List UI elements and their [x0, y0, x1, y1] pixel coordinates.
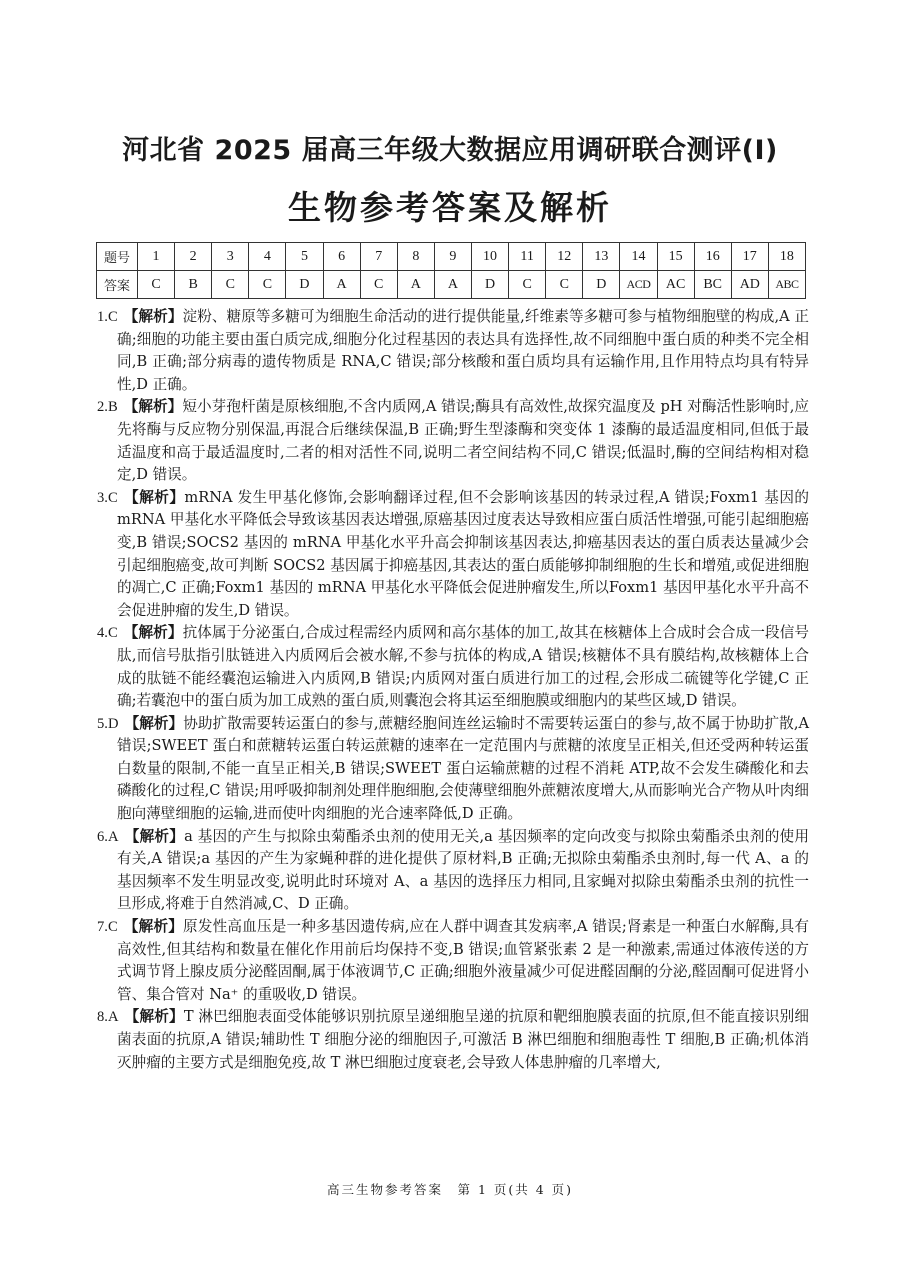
answer-cell: D [583, 271, 620, 299]
answer-cell: C [138, 271, 175, 299]
item-text: T 淋巴细胞表面受体能够识别抗原呈递细胞呈递的抗原和靶细胞膜表面的抗原,但不能直… [117, 1008, 809, 1070]
explanation-item: 5.D【解析】协助扩散需要转运蛋白的参与,蔗糖经胞间连丝运输时不需要转运蛋白的参… [97, 713, 809, 826]
question-number: 8 [397, 243, 434, 271]
item-number: 4.C [97, 625, 118, 641]
explanation-item: 4.C【解析】抗体属于分泌蛋白,合成过程需经内质网和高尔基体的加工,故其在核糖体… [97, 622, 809, 712]
item-number: 6.A [97, 829, 119, 845]
analysis-tag: 【解析】 [124, 918, 183, 935]
analysis-tag: 【解析】 [124, 398, 183, 415]
analysis-tag: 【解析】 [124, 489, 185, 506]
analysis-tag: 【解析】 [125, 828, 185, 845]
answer-row: 答案 C B C C D A C A A D C C D ACD AC BC A… [97, 271, 806, 299]
item-text: 短小芽孢杆菌是原核细胞,不含内质网,A 错误;酶具有高效性,故探究温度及 pH … [117, 398, 809, 483]
item-number: 1.C [97, 309, 118, 325]
question-number: 5 [286, 243, 323, 271]
question-number: 2 [175, 243, 212, 271]
item-number: 7.C [97, 919, 118, 935]
answer-cell: AC [657, 271, 694, 299]
explanation-item: 6.A【解析】a 基因的产生与拟除虫菊酯杀虫剂的使用无关,a 基因频率的定向改变… [97, 826, 809, 916]
explanations: 1.C【解析】淀粉、糖原等多糖可为细胞生命活动的进行提供能量,纤维素等多糖可参与… [97, 306, 809, 1074]
answer-cell: ACD [620, 271, 657, 299]
question-number: 3 [212, 243, 249, 271]
question-number: 16 [694, 243, 731, 271]
question-number: 13 [583, 243, 620, 271]
explanation-item: 3.C【解析】mRNA 发生甲基化修饰,会影响翻译过程,但不会影响该基因的转录过… [97, 487, 809, 623]
explanation-item: 8.A【解析】T 淋巴细胞表面受体能够识别抗原呈递细胞呈递的抗原和靶细胞膜表面的… [97, 1006, 809, 1074]
answer-cell: C [212, 271, 249, 299]
page-footer: 高三生物参考答案 第 1 页(共 4 页) [0, 1180, 900, 1198]
answer-cell: C [249, 271, 286, 299]
question-number: 14 [620, 243, 657, 271]
question-number: 1 [138, 243, 175, 271]
row-label-question: 题号 [97, 243, 138, 271]
analysis-tag: 【解析】 [124, 308, 183, 325]
analysis-tag: 【解析】 [124, 624, 183, 641]
answer-cell: D [286, 271, 323, 299]
item-number: 8.A [97, 1009, 119, 1025]
document-subtitle: 生物参考答案及解析 [0, 182, 900, 229]
question-number: 17 [731, 243, 768, 271]
answer-cell: C [360, 271, 397, 299]
answer-cell: A [323, 271, 360, 299]
explanation-item: 1.C【解析】淀粉、糖原等多糖可为细胞生命活动的进行提供能量,纤维素等多糖可参与… [97, 306, 809, 396]
answer-cell: C [546, 271, 583, 299]
question-number: 10 [471, 243, 508, 271]
explanation-item: 2.B【解析】短小芽孢杆菌是原核细胞,不含内质网,A 错误;酶具有高效性,故探究… [97, 396, 809, 486]
answer-cell: AD [731, 271, 768, 299]
question-number: 11 [509, 243, 546, 271]
item-text: a 基因的产生与拟除虫菊酯杀虫剂的使用无关,a 基因频率的定向改变与拟除虫菊酯杀… [117, 828, 809, 913]
question-number: 6 [323, 243, 360, 271]
item-number: 2.B [97, 399, 118, 415]
answer-cell: B [175, 271, 212, 299]
row-label-answer: 答案 [97, 271, 138, 299]
question-number: 18 [768, 243, 805, 271]
answer-cell: C [509, 271, 546, 299]
analysis-tag: 【解析】 [125, 1008, 184, 1025]
answer-cell: ABC [768, 271, 805, 299]
explanation-item: 7.C【解析】原发性高血压是一种多基因遗传病,应在人群中调查其发病率,A 错误;… [97, 916, 809, 1006]
question-number: 12 [546, 243, 583, 271]
answer-cell: A [434, 271, 471, 299]
question-number: 9 [434, 243, 471, 271]
answer-cell: D [471, 271, 508, 299]
answer-cell: BC [694, 271, 731, 299]
item-text: mRNA 发生甲基化修饰,会影响翻译过程,但不会影响该基因的转录过程,A 错误;… [117, 489, 809, 619]
answer-table: 题号 1 2 3 4 5 6 7 8 9 10 11 12 13 14 15 1… [96, 242, 806, 299]
item-text: 原发性高血压是一种多基因遗传病,应在人群中调查其发病率,A 错误;肾素是一种蛋白… [117, 918, 809, 1003]
item-text: 抗体属于分泌蛋白,合成过程需经内质网和高尔基体的加工,故其在核糖体上合成时会合成… [117, 624, 809, 709]
question-number-row: 题号 1 2 3 4 5 6 7 8 9 10 11 12 13 14 15 1… [97, 243, 806, 271]
item-text: 协助扩散需要转运蛋白的参与,蔗糖经胞间连丝运输时不需要转运蛋白的参与,故不属于协… [117, 715, 809, 822]
item-number: 3.C [97, 490, 118, 506]
question-number: 7 [360, 243, 397, 271]
document-title: 河北省 2025 届高三年级大数据应用调研联合测评(Ⅰ) [0, 128, 900, 167]
analysis-tag: 【解析】 [125, 715, 184, 732]
question-number: 15 [657, 243, 694, 271]
answer-cell: A [397, 271, 434, 299]
item-number: 5.D [97, 716, 119, 732]
item-text: 淀粉、糖原等多糖可为细胞生命活动的进行提供能量,纤维素等多糖可参与植物细胞壁的构… [117, 308, 809, 393]
question-number: 4 [249, 243, 286, 271]
